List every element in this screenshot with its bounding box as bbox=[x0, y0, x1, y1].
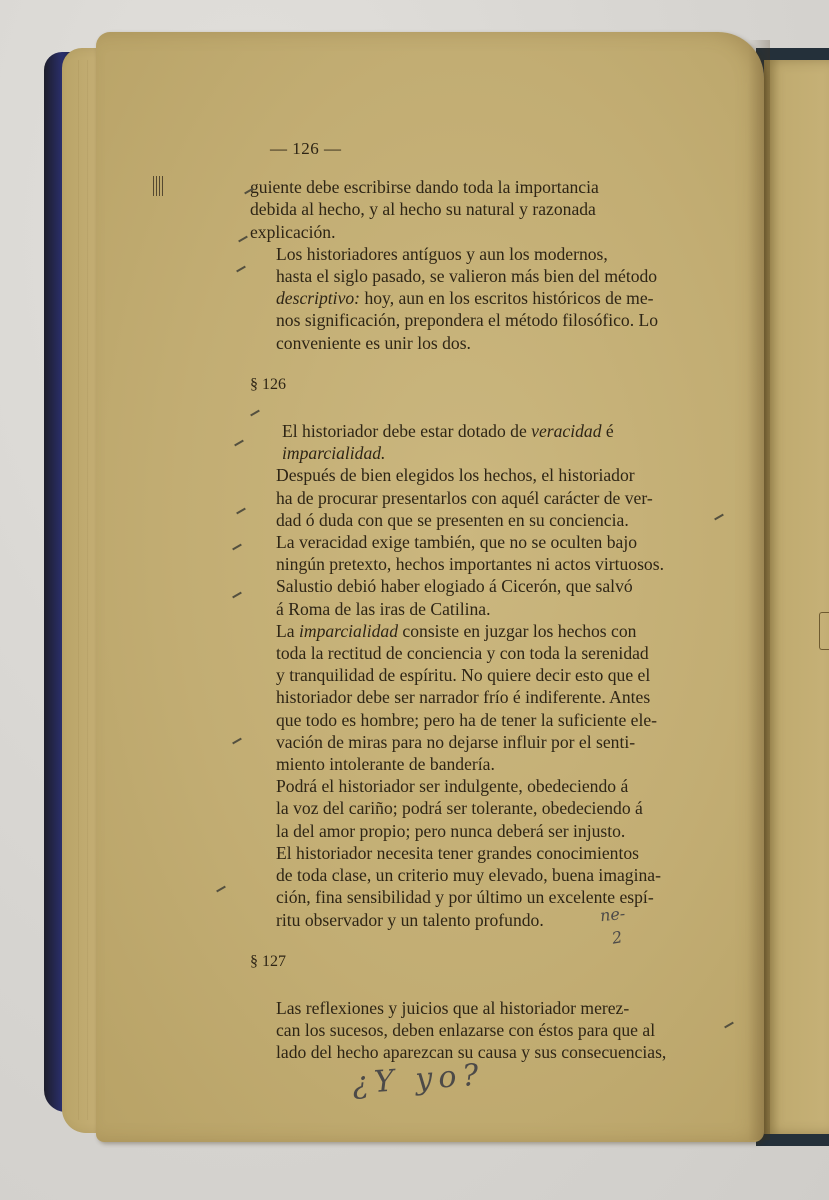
running-head: — 126 — bbox=[270, 138, 732, 160]
text-line: dad ó duda con que se presenten en su co… bbox=[250, 509, 732, 531]
text-line: Las reflexiones y juicios que al histori… bbox=[250, 997, 732, 1019]
paragraph-knowledge: El historiador necesita tener grandes co… bbox=[250, 842, 732, 931]
text-line: debida al hecho, y al hecho su natural y… bbox=[250, 198, 732, 220]
text-line: la voz del cariño; podrá ser tolerante, … bbox=[250, 797, 732, 819]
gutter-shadow bbox=[748, 40, 770, 1140]
section-heading-126: § 126 bbox=[250, 374, 732, 396]
page-edge-ink-mark bbox=[153, 176, 163, 196]
text-line: guiente debe escribirse dando toda la im… bbox=[250, 176, 732, 198]
handwritten-margin-note: ne- bbox=[599, 904, 626, 926]
text-line: Podrá el historiador ser indulgente, obe… bbox=[250, 775, 732, 797]
text-line: vación de miras para no dejarse influir … bbox=[250, 731, 732, 753]
paragraph-veracity: La veracidad exige también, que no se oc… bbox=[250, 531, 732, 575]
text-line: toda la rectitud de conciencia y con tod… bbox=[250, 642, 732, 664]
italic-term: descriptivo: bbox=[276, 288, 360, 308]
paragraph-impartiality: La imparcialidad consiste en juzgar los … bbox=[250, 620, 732, 775]
paragraph-truth: Después de bien elegidos los hechos, el … bbox=[250, 464, 732, 531]
text-line: Después de bien elegidos los hechos, el … bbox=[250, 464, 732, 486]
photo-scene: — 126 — guiente debe escribirse dando to… bbox=[0, 0, 829, 1200]
text-line: de toda clase, un criterio muy elevado, … bbox=[250, 864, 732, 886]
text-line: La veracidad exige también, que no se oc… bbox=[250, 531, 732, 553]
text-line: ritu observador y un talento profundo. bbox=[250, 909, 732, 931]
text-line: descriptivo: hoy, aun en los escritos hi… bbox=[250, 287, 732, 309]
text-line: La imparcialidad consiste en juzgar los … bbox=[250, 620, 732, 642]
facing-page-tab-mark bbox=[819, 612, 829, 650]
italic-term: imparcialidad. bbox=[250, 442, 732, 464]
text-line: lado del hecho aparezcan su causa y sus … bbox=[250, 1041, 732, 1063]
paragraph-continuation: guiente debe escribirse dando toda la im… bbox=[250, 176, 732, 243]
text-line: El historiador necesita tener grandes co… bbox=[250, 842, 732, 864]
text-line: El historiador debe estar dotado de vera… bbox=[250, 420, 732, 442]
text-line: hasta el siglo pasado, se valieron más b… bbox=[250, 265, 732, 287]
page-text-block: — 126 — guiente debe escribirse dando to… bbox=[250, 138, 732, 1064]
text-line: Salustio debió haber elogiado á Cicerón,… bbox=[250, 575, 732, 597]
text-line: can los sucesos, deben enlazarse con ést… bbox=[250, 1019, 732, 1041]
text-line: Los historiadores antíguos y aun los mod… bbox=[250, 243, 732, 265]
text-line: á Roma de las iras de Catilina. bbox=[250, 598, 732, 620]
paragraph-reflections: Las reflexiones y juicios que al histori… bbox=[250, 997, 732, 1064]
text-line: y tranquilidad de espíritu. No quiere de… bbox=[250, 664, 732, 686]
paragraph-indulgence: Podrá el historiador ser indulgente, obe… bbox=[250, 775, 732, 842]
text-line: conveniente es unir los dos. bbox=[250, 332, 732, 354]
paragraph-salustio: Salustio debió haber elogiado á Cicerón,… bbox=[250, 575, 732, 619]
text-line: historiador debe ser narrador frío é ind… bbox=[250, 686, 732, 708]
text-line: miento intolerante de bandería. bbox=[250, 753, 732, 775]
text-line: ha de procurar presentarlos con aquél ca… bbox=[250, 487, 732, 509]
paragraph-thesis-126: El historiador debe estar dotado de vera… bbox=[250, 420, 732, 464]
text-line: explicación. bbox=[250, 221, 732, 243]
italic-term: imparcialidad bbox=[299, 621, 398, 641]
facing-page bbox=[764, 60, 829, 1134]
paragraph-methods: Los historiadores antíguos y aun los mod… bbox=[250, 243, 732, 354]
text-line: ningún pretexto, hechos importantes ni a… bbox=[250, 553, 732, 575]
text-line: la del amor propio; pero nunca deberá se… bbox=[250, 820, 732, 842]
text-line: ción, fina sensibilidad y por último un … bbox=[250, 886, 732, 908]
text-line: que todo es hombre; pero ha de tener la … bbox=[250, 709, 732, 731]
italic-term: veracidad bbox=[531, 421, 601, 441]
text-line: nos significación, prepondera el método … bbox=[250, 309, 732, 331]
section-heading-127: § 127 bbox=[250, 951, 732, 973]
